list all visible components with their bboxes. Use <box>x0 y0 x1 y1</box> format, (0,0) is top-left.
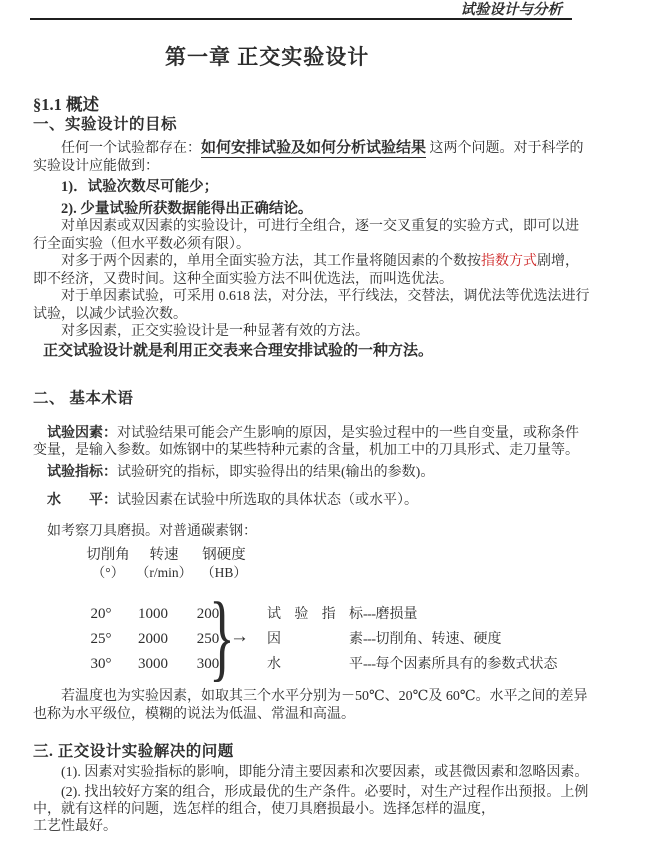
example-intro: 如考察刀具磨损。对普通碳素钢： <box>33 523 590 541</box>
exponential-red-phrase: 指数方式 <box>481 254 537 269</box>
term-index-label: 试验指标： <box>47 465 117 480</box>
term-factor-label: 试验因素： <box>47 426 117 441</box>
term-factor: 试验因素：对试验结果可能会产生影响的原因，是实验过程中的一些自变量，或称条件变量… <box>33 425 590 460</box>
column-name-speed: 转速 <box>133 546 195 564</box>
paragraph-temperature-note: 若温度也为实验因素，如取其三个水平分别为－50℃、20℃及 60℃。水平之间的差… <box>33 688 590 723</box>
levels-table-column-names: 切削角 转速 钢硬度 <box>83 546 253 564</box>
legend-separator: --- <box>363 607 376 622</box>
column-unit-rpm: （r/min） <box>133 564 195 582</box>
term-index: 试验指标：试验研究的指标，即实验得出的结果(输出的参数)。 <box>33 464 590 482</box>
document-page: 试验设计与分析 第一章 正交实验设计 §1.1 概述 一、实验设计的目标 任何一… <box>0 3 648 860</box>
cell-angle-1: 20° <box>79 602 123 627</box>
paragraph-single-factor: 对于单因素试验，可采用 0.618 法，对分法，平行线法，交替法，调优法等优选法… <box>33 288 590 323</box>
legend-line-index: 试验指标---磨损量 <box>267 602 558 627</box>
column-name-cutting-angle: 切削角 <box>83 546 133 564</box>
cell-angle-3: 30° <box>79 652 123 677</box>
legend-line-level: 水平---每个因素所具有的参数式状态 <box>267 652 558 677</box>
legend-separator: --- <box>363 657 376 672</box>
legend-term-factor: 因素 <box>267 627 363 652</box>
legend-value-index: 磨损量 <box>376 607 418 622</box>
document-content: 第一章 正交实验设计 §1.1 概述 一、实验设计的目标 任何一个试验都存在：如… <box>0 45 648 835</box>
column-name-hardness: 钢硬度 <box>195 546 253 564</box>
term-level: 水 平：试验因素在试验中所选取的具体状态（或水平）。 <box>33 492 590 510</box>
problem-item-2-tail: 工艺性最好。 <box>33 818 590 835</box>
legend-value-factor: 切削角、转速、硬度 <box>376 632 502 647</box>
cell-speed-1: 1000 <box>123 602 183 627</box>
levels-figure: 切削角 转速 钢硬度 （°） （r/min） （HB） 20° 1000 200 <box>33 544 590 688</box>
legend-line-factor: 因素---切削角、转速、硬度 <box>267 627 558 652</box>
term-level-text: 试验因素在试验中所选取的具体状态（或水平）。 <box>117 493 418 508</box>
right-brace-glyph: } <box>209 594 221 680</box>
legend-term-level: 水平 <box>267 652 363 677</box>
paragraph-exponential: 对多于两个因素的，单用全面实验方法，其工作量将随因素的个数按指数方式剧增，即不经… <box>33 253 590 288</box>
subsection-heading-terms: 二、 基本术语 <box>33 390 590 408</box>
problem-item-2: (2). 找出较好方案的组合，形成最优的生产条件。必要时，对生产过程作出预报。上… <box>33 784 590 818</box>
column-unit-hb: （HB） <box>195 564 253 582</box>
goal-item-2: 2). 少量试验所获数据能得出正确结论。 <box>61 200 590 219</box>
subsection-heading-problems: 三. 正交设计实验解决的问题 <box>33 743 590 761</box>
levels-table-header: 切削角 转速 钢硬度 （°） （r/min） （HB） <box>83 546 253 582</box>
arrow-icon: → <box>230 627 249 646</box>
legend-term-index: 试验指标 <box>267 602 363 627</box>
cell-speed-2: 2000 <box>123 627 183 652</box>
paragraph-full-combination: 对单因素或双因素的实验设计，可进行全组合，逐一交叉重复的实验方式，即可以进行全面… <box>33 218 590 253</box>
chapter-title: 第一章 正交实验设计 <box>165 45 590 69</box>
legend-separator: --- <box>363 632 376 647</box>
legend-value-level: 每个因素所具有的参数式状态 <box>376 657 558 672</box>
goals-underlined-phrase: 如何安排试验及如何分析试验结果 <box>201 140 426 158</box>
problem-item-1: (1). 因素对实验指标的影响，即能分清主要因素和次要因素，或甚微因素和忽略因素… <box>33 764 590 781</box>
running-header-title: 试验设计与分析 <box>461 2 563 18</box>
running-header: 试验设计与分析 <box>30 3 572 20</box>
goals-intro-pre: 任何一个试验都存在： <box>61 141 201 156</box>
paragraph-conclusion-bold: 正交试验设计就是利用正交表来合理安排试验的一种方法。 <box>43 342 590 361</box>
cell-angle-2: 25° <box>79 627 123 652</box>
levels-table-column-units: （°） （r/min） （HB） <box>83 564 253 582</box>
levels-legend: 试验指标---磨损量 因素---切削角、转速、硬度 水平---每个因素所具有的参… <box>267 602 558 677</box>
cell-speed-3: 3000 <box>123 652 183 677</box>
term-index-text: 试验研究的指标，即实验得出的结果(输出的参数)。 <box>117 465 434 480</box>
paragraph-multi-factor: 对多因素，正交实验设计是一种显著有效的方法。 <box>33 323 590 341</box>
goal-item-1: 1)．试验次数尽可能少； <box>61 178 590 197</box>
exponential-pre: 对多于两个因素的，单用全面实验方法，其工作量将随因素的个数按 <box>61 254 481 269</box>
subsection-heading-goals: 一、实验设计的目标 <box>33 116 590 134</box>
column-unit-degrees: （°） <box>83 564 133 582</box>
section-heading-overview: §1.1 概述 <box>33 96 590 114</box>
paragraph-goals-intro: 任何一个试验都存在：如何安排试验及如何分析试验结果 这两个问题。对于科学的实验设… <box>33 140 590 175</box>
term-level-label: 水 平： <box>47 493 117 508</box>
